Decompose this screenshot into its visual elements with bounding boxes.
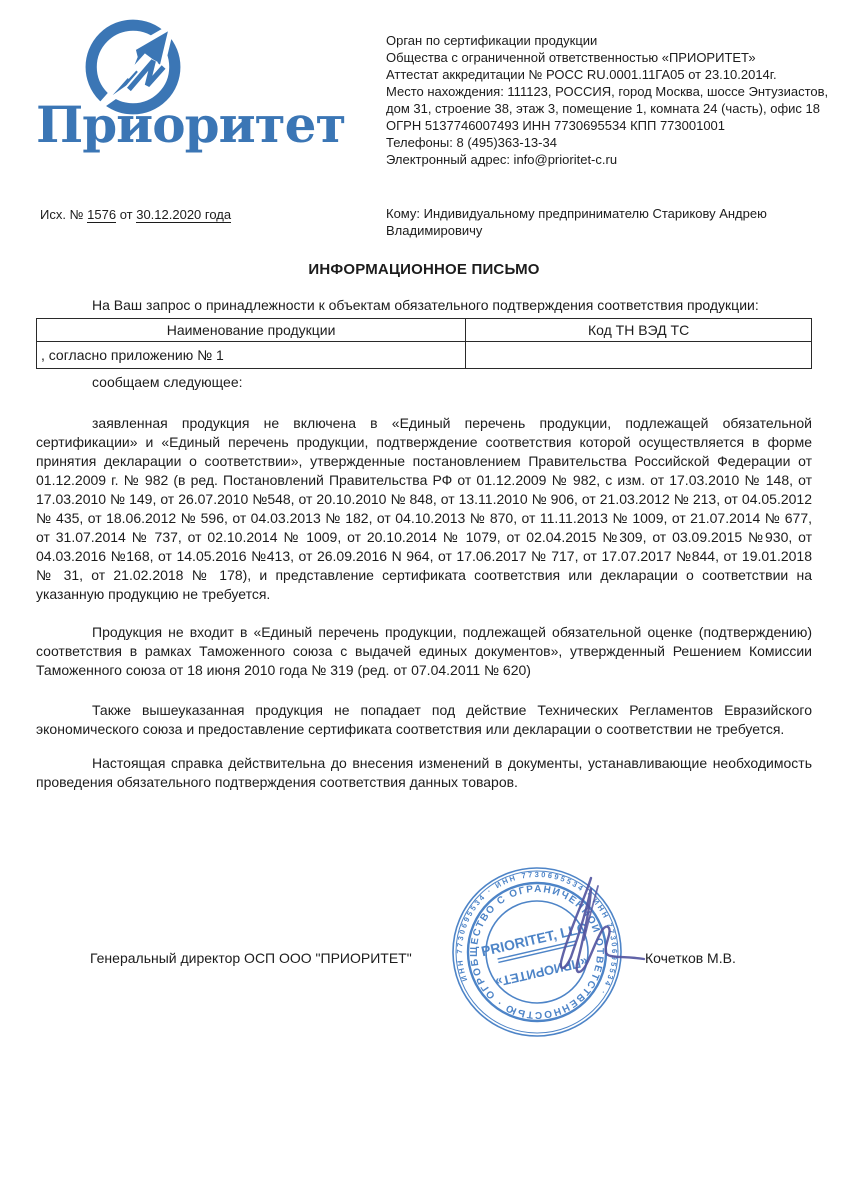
stamp-center-cyrillic-name: «ПРИОРИТЕТ» bbox=[494, 954, 589, 990]
column-header-product-name: Наименование продукции bbox=[37, 319, 466, 342]
org-line-name: Общества с ограниченной ответственностью… bbox=[386, 49, 836, 66]
ref-number: 1576 bbox=[87, 207, 116, 223]
org-line-phone: Телефоны: 8 (495)363-13-34 bbox=[386, 134, 836, 151]
paragraph-customs-union: Продукция не входит в «Единый перечень п… bbox=[36, 623, 812, 680]
org-header-block: Орган по сертификации продукции Общества… bbox=[386, 32, 836, 168]
paragraph-eaeu-regulations: Также вышеуказанная продукция не попадае… bbox=[36, 701, 812, 739]
org-line-email: Электронный адрес: info@prioritet-c.ru bbox=[386, 151, 836, 168]
org-line-activity: Орган по сертификации продукции bbox=[386, 32, 836, 49]
org-line-ogrn-inn-kpp: ОГРН 5137746007493 ИНН 7730695534 КПП 77… bbox=[386, 117, 836, 134]
stamp-main-ring-text: ОБЩЕСТВО С ОГРАНИЧЕННОЙ ОТВЕТСТВЕННОСТЬЮ… bbox=[441, 864, 627, 1046]
letter-page: Приоритет Орган по сертификации продукци… bbox=[0, 0, 848, 1200]
org-line-accreditation: Аттестат аккредитации № РОСС RU.0001.11Г… bbox=[386, 66, 836, 83]
recipient-block: Кому: Индивидуальному предпринимателю Ст… bbox=[386, 205, 834, 239]
ref-prefix: Исх. № bbox=[40, 207, 84, 222]
paragraph-certification-list: заявленная продукция не включена в «Един… bbox=[36, 414, 812, 604]
company-stamp-and-signature: ИНН 7730695534 · ИНН 7730695534 · ИНН 77… bbox=[441, 864, 657, 1046]
product-table: Наименование продукции Код ТН ВЭД ТС , с… bbox=[36, 318, 812, 369]
cell-product-name: , согласно приложению № 1 bbox=[37, 342, 466, 369]
column-header-tnved-code: Код ТН ВЭД ТС bbox=[466, 319, 812, 342]
outgoing-ref-line: Исх. № 1576 от 30.12.2020 года bbox=[40, 207, 231, 222]
ref-date: 30.12.2020 года bbox=[136, 207, 231, 223]
table-row: , согласно приложению № 1 bbox=[37, 342, 812, 369]
signatory-position: Генеральный директор ОСП ООО "ПРИОРИТЕТ" bbox=[90, 950, 412, 966]
cell-tnved-code bbox=[466, 342, 812, 369]
org-line-address: Место нахождения: 111123, РОССИЯ, город … bbox=[386, 83, 836, 117]
signatory-name: Кочетков М.В. bbox=[645, 950, 736, 966]
round-stamp-icon: ИНН 7730695534 · ИНН 7730695534 · ИНН 77… bbox=[441, 864, 657, 1046]
letter-body: На Ваш запрос о принадлежности к объекта… bbox=[36, 296, 812, 792]
svg-text:ОБЩЕСТВО С ОГРАНИЧЕННОЙ ОТВЕТС: ОБЩЕСТВО С ОГРАНИЧЕННОЙ ОТВЕТСТВЕННОСТЬЮ… bbox=[441, 864, 627, 1046]
after-table-line: сообщаем следующее: bbox=[36, 373, 812, 392]
document-title: ИНФОРМАЦИОННОЕ ПИСЬМО bbox=[0, 261, 848, 278]
paragraph-validity: Настоящая справка действительна до внесе… bbox=[36, 754, 812, 792]
ref-middle: от bbox=[120, 207, 133, 222]
prioritet-wordmark: Приоритет bbox=[36, 100, 345, 150]
intro-paragraph: На Ваш запрос о принадлежности к объекта… bbox=[36, 296, 812, 315]
product-table-header-row: Наименование продукции Код ТН ВЭД ТС bbox=[37, 319, 812, 342]
